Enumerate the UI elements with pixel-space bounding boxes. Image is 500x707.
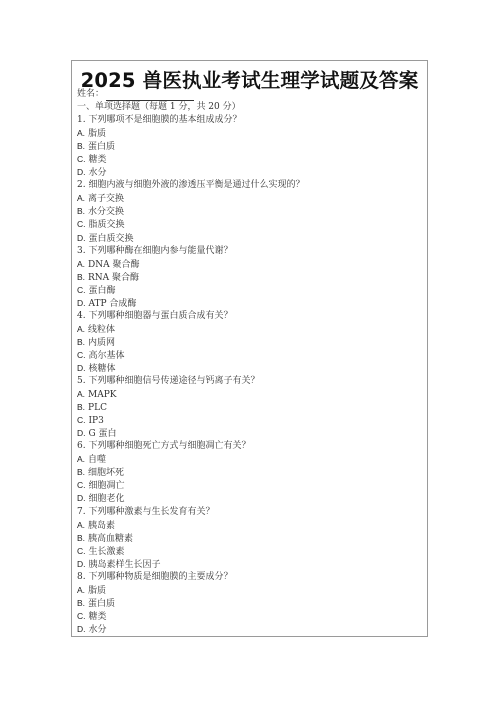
option-text: 细胞凋亡: [89, 481, 125, 491]
question-5: 5. 下列哪种细胞信号传递途径与钙离子有关？: [77, 375, 423, 388]
option-text: 水分: [89, 168, 107, 178]
option-text: RNA 聚合酶: [88, 273, 139, 283]
option-2-b: B.水分交换: [77, 205, 423, 218]
question-3: 3. 下列哪种酶在细胞内参与能量代谢？: [77, 245, 423, 258]
option-text: 胰岛素: [88, 521, 115, 531]
option-letter: D.: [77, 493, 86, 503]
exam-page: 2025 兽医执业考试生理学试题及答案 姓名： 一、单项选择题（每题 1 分，共…: [71, 60, 428, 637]
option-4-b: B.内质网: [77, 336, 423, 349]
option-3-c: C.蛋白酶: [77, 284, 423, 297]
option-3-d: D.ATP 合成酶: [77, 297, 423, 310]
option-letter: B.: [77, 598, 85, 608]
option-text: 蛋白质交换: [89, 234, 134, 244]
option-1-a: A.脂质: [77, 127, 423, 140]
option-text: 线粒体: [88, 325, 115, 335]
option-7-a: A.胰岛素: [77, 519, 423, 532]
option-text: DNA 聚合酶: [88, 260, 139, 270]
question-2: 2. 细胞内液与细胞外液的渗透压平衡是通过什么实现的？: [77, 179, 423, 192]
option-text: PLC: [88, 403, 107, 413]
name-label: 姓名：: [77, 88, 104, 101]
option-letter: A.: [77, 324, 85, 334]
option-letter: C.: [77, 154, 86, 164]
option-text: 水分交换: [88, 207, 124, 217]
option-6-c: C.细胞凋亡: [77, 479, 423, 492]
option-2-c: C.脂质交换: [77, 218, 423, 231]
option-3-a: A.DNA 聚合酶: [77, 258, 423, 271]
option-text: 糖类: [89, 155, 107, 165]
question-1: 1. 下列哪项不是细胞膜的基本组成成分？: [77, 114, 423, 127]
option-8-a: A.脂质: [77, 584, 423, 597]
option-6-d: D.细胞老化: [77, 492, 423, 505]
question-7: 7. 下列哪种激素与生长发育有关？: [77, 506, 423, 519]
option-letter: C.: [77, 611, 86, 621]
option-text: 高尔基体: [89, 351, 125, 361]
option-4-d: D.核糖体: [77, 362, 423, 375]
question-6: 6. 下列哪种细胞死亡方式与细胞凋亡有关？: [77, 440, 423, 453]
section-heading: 一、单项选择题（每题 1 分，共 20 分）: [77, 101, 423, 114]
option-8-b: B.蛋白质: [77, 597, 423, 610]
option-letter: B.: [77, 141, 85, 151]
option-8-d: D.水分: [77, 623, 423, 636]
option-7-d: D.胰岛素样生长因子: [77, 558, 423, 571]
option-7-c: C.生长激素: [77, 545, 423, 558]
option-text: 自噬: [88, 455, 106, 465]
option-4-a: A.线粒体: [77, 323, 423, 336]
option-1-b: B.蛋白质: [77, 140, 423, 153]
option-6-b: B.细胞坏死: [77, 466, 423, 479]
option-letter: D.: [77, 363, 86, 373]
option-text: G 蛋白: [89, 429, 117, 439]
option-letter: A.: [77, 520, 85, 530]
option-letter: B.: [77, 533, 85, 543]
option-text: 细胞坏死: [88, 468, 124, 478]
name-field-row: 姓名：: [77, 88, 423, 101]
option-letter: D.: [77, 559, 86, 569]
option-letter: A.: [77, 389, 85, 399]
option-letter: D.: [77, 167, 86, 177]
option-1-c: C.糖类: [77, 153, 423, 166]
option-text: 核糖体: [89, 364, 116, 374]
option-3-b: B.RNA 聚合酶: [77, 271, 423, 284]
option-5-c: C.IP3: [77, 414, 423, 427]
option-text: 胰岛素样生长因子: [89, 560, 161, 570]
option-text: MAPK: [88, 390, 117, 400]
option-letter: C.: [77, 285, 86, 295]
option-text: 蛋白质: [88, 599, 115, 609]
option-letter: D.: [77, 428, 86, 438]
option-text: 离子交换: [88, 194, 124, 204]
option-letter: C.: [77, 350, 86, 360]
option-text: 脂质交换: [89, 220, 125, 230]
option-5-d: D.G 蛋白: [77, 427, 423, 440]
option-8-c: C.糖类: [77, 610, 423, 623]
option-2-a: A.离子交换: [77, 192, 423, 205]
option-text: 蛋白质: [88, 142, 115, 152]
option-text: 胰高血糖素: [88, 534, 133, 544]
option-5-b: B.PLC: [77, 401, 423, 414]
option-text: 脂质: [88, 586, 106, 596]
exam-content: 姓名： 一、单项选择题（每题 1 分，共 20 分） 1. 下列哪项不是细胞膜的…: [77, 88, 423, 636]
question-8: 8. 下列哪种物质是细胞膜的主要成分？: [77, 571, 423, 584]
option-text: IP3: [89, 416, 104, 426]
option-letter: C.: [77, 219, 86, 229]
option-letter: D.: [77, 298, 86, 308]
option-text: 蛋白酶: [89, 286, 116, 296]
option-letter: B.: [77, 467, 85, 477]
option-6-a: A.自噬: [77, 453, 423, 466]
name-blank[interactable]: [106, 91, 194, 101]
option-text: 糖类: [89, 612, 107, 622]
option-7-b: B.胰高血糖素: [77, 532, 423, 545]
option-letter: B.: [77, 337, 85, 347]
option-letter: A.: [77, 128, 85, 138]
option-1-d: D.水分: [77, 166, 423, 179]
option-5-a: A.MAPK: [77, 388, 423, 401]
option-text: 脂质: [88, 129, 106, 139]
option-letter: D.: [77, 233, 86, 243]
option-letter: B.: [77, 272, 85, 282]
option-4-c: C.高尔基体: [77, 349, 423, 362]
option-text: 细胞老化: [89, 494, 125, 504]
option-2-d: D.蛋白质交换: [77, 232, 423, 245]
option-text: 内质网: [88, 338, 115, 348]
option-letter: C.: [77, 546, 86, 556]
option-letter: C.: [77, 480, 86, 490]
option-letter: A.: [77, 454, 85, 464]
option-letter: D.: [77, 624, 86, 634]
option-text: 水分: [89, 625, 107, 635]
option-letter: A.: [77, 585, 85, 595]
option-letter: A.: [77, 193, 85, 203]
question-4: 4. 下列哪种细胞器与蛋白质合成有关？: [77, 310, 423, 323]
option-letter: C.: [77, 415, 86, 425]
option-letter: A.: [77, 259, 85, 269]
option-text: ATP 合成酶: [89, 299, 137, 309]
option-letter: B.: [77, 402, 85, 412]
option-letter: B.: [77, 206, 85, 216]
option-text: 生长激素: [89, 547, 125, 557]
